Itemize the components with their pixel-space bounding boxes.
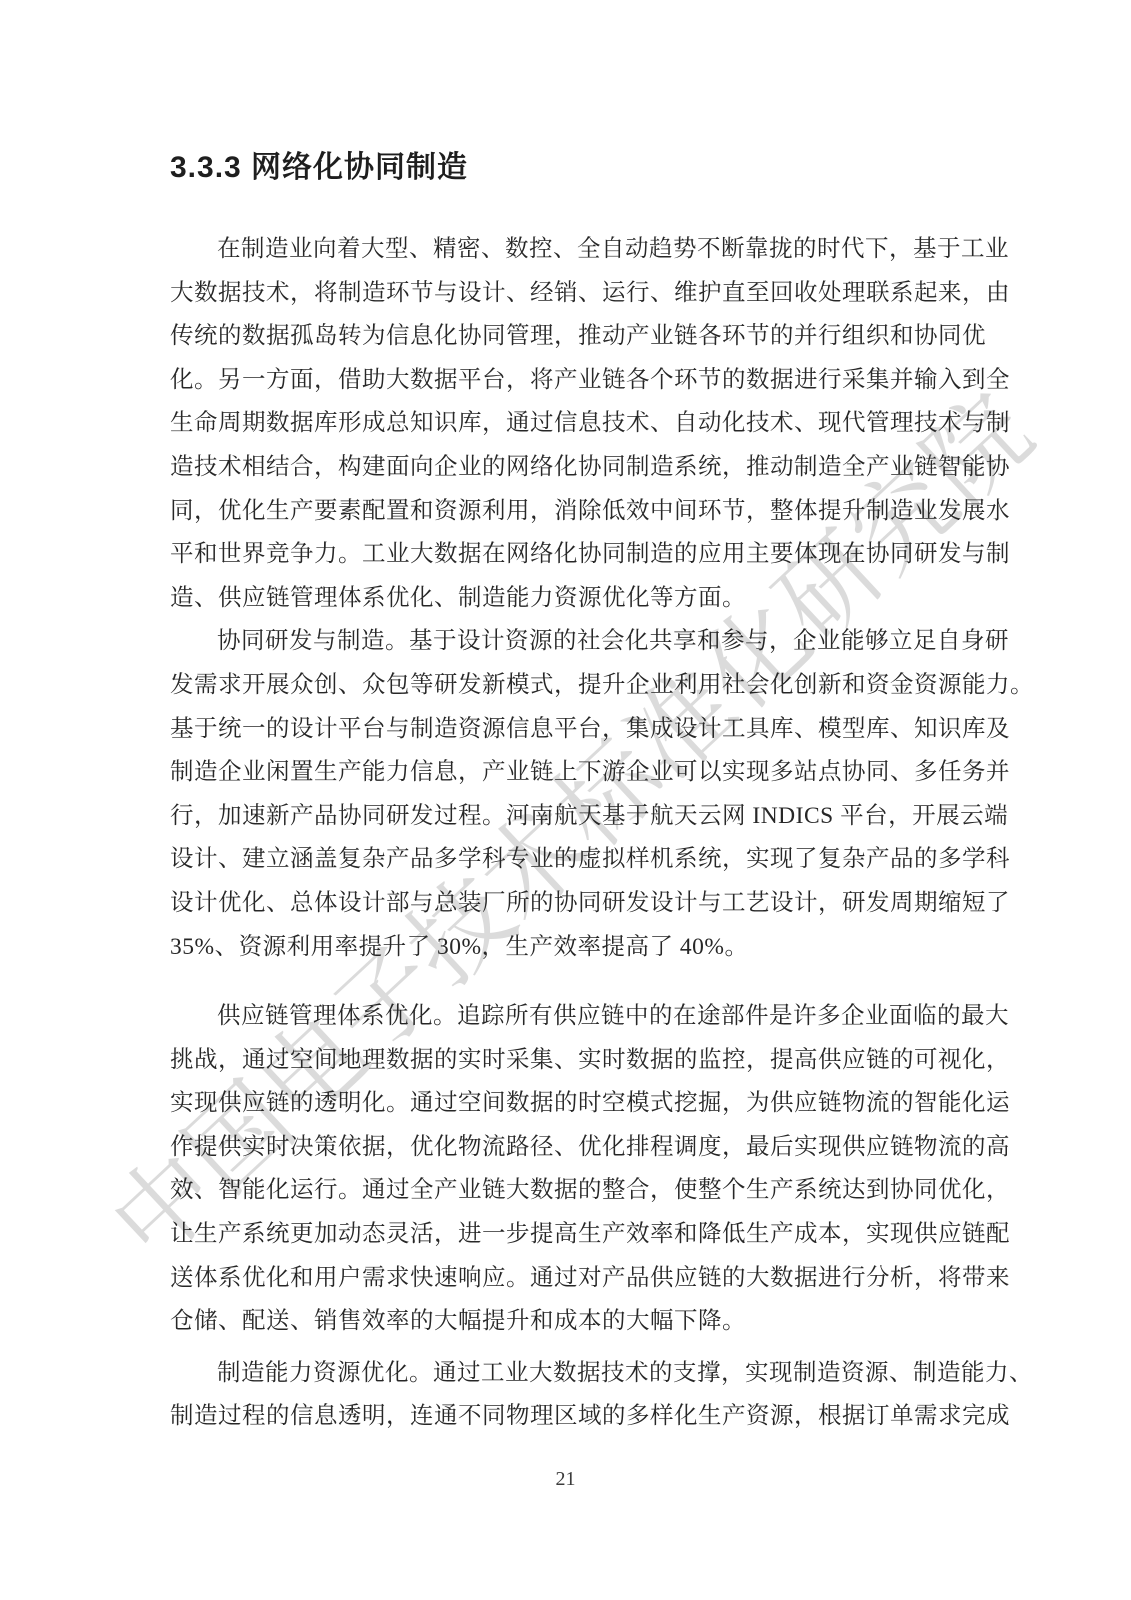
text-line: 送体系优化和用户需求快速响应。通过对产品供应链的大数据进行分析，将带来: [170, 1257, 1005, 1301]
paragraph: 制造能力资源优化。通过工业大数据技术的支撑，实现制造资源、制造能力、制造过程的信…: [170, 1352, 1005, 1439]
text-line: 同，优化生产要素配置和资源利用，消除低效中间环节，整体提升制造业发展水: [170, 490, 1005, 534]
text-line: 在制造业向着大型、精密、数控、全自动趋势不断靠拢的时代下，基于工业: [170, 228, 1005, 272]
text-line: 实现供应链的透明化。通过空间数据的时空模式挖掘，为供应链物流的智能化运: [170, 1082, 1005, 1126]
paragraph: 在制造业向着大型、精密、数控、全自动趋势不断靠拢的时代下，基于工业大数据技术，将…: [170, 228, 1005, 620]
text-line: 制造过程的信息透明，连通不同物理区域的多样化生产资源，根据订单需求完成: [170, 1395, 1005, 1439]
text-line: 35%、资源利用率提升了 30%，生产效率提高了 40%。: [170, 926, 1005, 970]
text-line: 供应链管理体系优化。追踪所有供应链中的在途部件是许多企业面临的最大: [170, 995, 1005, 1039]
text-line: 挑战，通过空间地理数据的实时采集、实时数据的监控，提高供应链的可视化，: [170, 1039, 1005, 1083]
text-line: 作提供实时决策依据，优化物流路径、优化排程调度，最后实现供应链物流的高: [170, 1126, 1005, 1170]
text-line: 效、智能化运行。通过全产业链大数据的整合，使整个生产系统达到协同优化，: [170, 1169, 1005, 1213]
text-line: 设计优化、总体设计部与总装厂所的协同研发设计与工艺设计，研发周期缩短了: [170, 882, 1005, 926]
text-line: 基于统一的设计平台与制造资源信息平台，集成设计工具库、模型库、知识库及: [170, 708, 1005, 752]
text-line: 平和世界竞争力。工业大数据在网络化协同制造的应用主要体现在协同研发与制: [170, 533, 1005, 577]
text-line: 化。另一方面，借助大数据平台，将产业链各个环节的数据进行采集并输入到全: [170, 359, 1005, 403]
text-line: 发需求开展众创、众包等研发新模式，提升企业利用社会化创新和资金资源能力。: [170, 664, 1005, 708]
text-line: 协同研发与制造。基于设计资源的社会化共享和参与，企业能够立足自身研: [170, 620, 1005, 664]
text-line: 大数据技术，将制造环节与设计、经销、运行、维护直至回收处理联系起来，由: [170, 272, 1005, 316]
paragraph: 协同研发与制造。基于设计资源的社会化共享和参与，企业能够立足自身研发需求开展众创…: [170, 620, 1005, 969]
document-page: 中国电子技术标准化研究院 3.3.3 网络化协同制造 在制造业向着大型、精密、数…: [0, 0, 1131, 1600]
text-line: 设计、建立涵盖复杂产品多学科专业的虚拟样机系统，实现了复杂产品的多学科: [170, 838, 1005, 882]
text-line: 行，加速新产品协同研发过程。河南航天基于航天云网 INDICS 平台，开展云端: [170, 795, 1005, 839]
text-line: 让生产系统更加动态灵活，进一步提高生产效率和降低生产成本，实现供应链配: [170, 1213, 1005, 1257]
paragraphs: 在制造业向着大型、精密、数控、全自动趋势不断靠拢的时代下，基于工业大数据技术，将…: [170, 228, 1005, 1439]
text-line: 仓储、配送、销售效率的大幅提升和成本的大幅下降。: [170, 1300, 1005, 1344]
text-line: 造技术相结合，构建面向企业的网络化协同制造系统，推动制造全产业链智能协: [170, 446, 1005, 490]
text-line: 传统的数据孤岛转为信息化协同管理，推动产业链各环节的并行组织和协同优: [170, 315, 1005, 359]
paragraph: 供应链管理体系优化。追踪所有供应链中的在途部件是许多企业面临的最大挑战，通过空间…: [170, 995, 1005, 1344]
text-line: 制造能力资源优化。通过工业大数据技术的支撑，实现制造资源、制造能力、: [170, 1352, 1005, 1396]
section-heading: 3.3.3 网络化协同制造: [170, 148, 1005, 188]
text-line: 制造企业闲置生产能力信息，产业链上下游企业可以实现多站点协同、多任务并: [170, 751, 1005, 795]
text-line: 造、供应链管理体系优化、制造能力资源优化等方面。: [170, 577, 1005, 621]
page-content: 3.3.3 网络化协同制造 在制造业向着大型、精密、数控、全自动趋势不断靠拢的时…: [170, 148, 1005, 1439]
page-number: 21: [0, 1468, 1131, 1491]
text-line: 生命周期数据库形成总知识库，通过信息技术、自动化技术、现代管理技术与制: [170, 402, 1005, 446]
